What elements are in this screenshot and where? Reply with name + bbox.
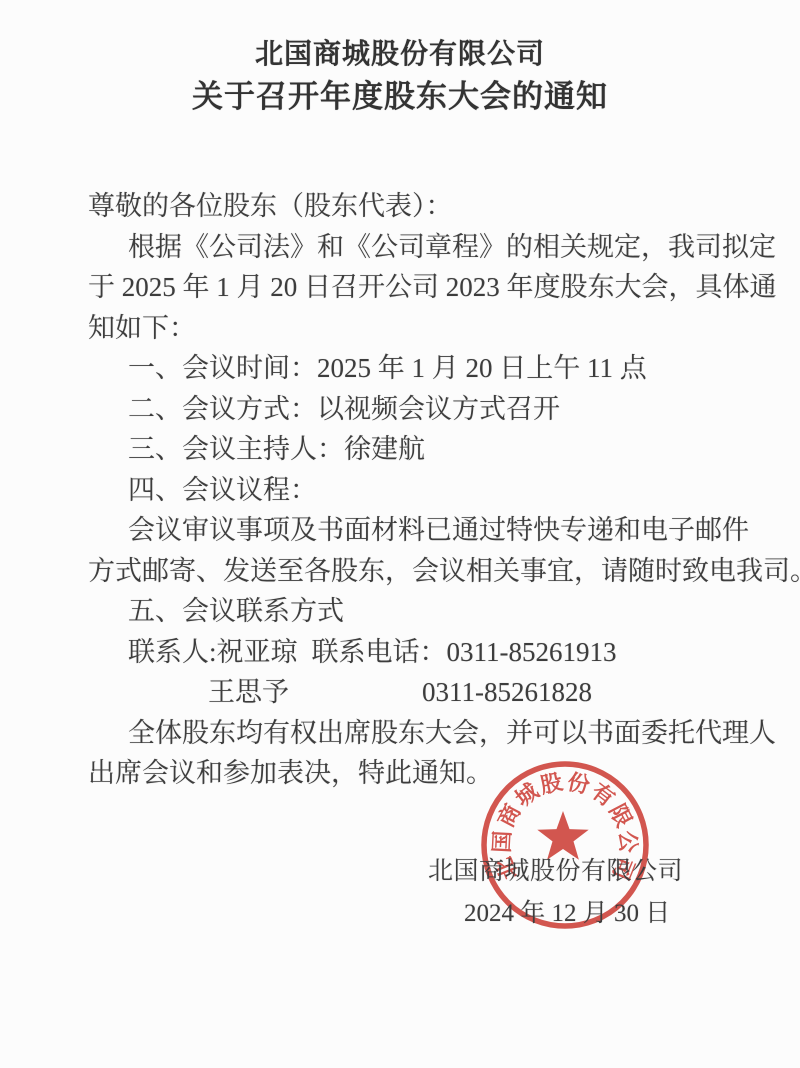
body-line: 根据《公司法》和《公司章程》的相关规定，我司拟定 bbox=[88, 227, 716, 268]
body-line: 方式邮寄、发送至各股东，会议相关事宜，请随时致电我司。 bbox=[88, 551, 716, 592]
seal-char: 限 bbox=[605, 800, 637, 831]
body-line: 四、会议议程： bbox=[88, 470, 716, 511]
signature-company: 北国商城股份有限公司 bbox=[428, 851, 683, 887]
document-body: 尊敬的各位股东（股东代表）：根据《公司法》和《公司章程》的相关规定，我司拟定于 … bbox=[88, 186, 716, 794]
body-line: 一、会议时间：2025 年 1 月 20 日上午 11 点 bbox=[88, 348, 716, 389]
contact-row: 王思予0311-85261828 bbox=[88, 672, 716, 713]
contact-row: 联系人:祝亚琼联系电话：0311-85261913 bbox=[88, 632, 716, 673]
document-page: 北国商城股份有限公司 关于召开年度股东大会的通知 尊敬的各位股东（股东代表）：根… bbox=[0, 0, 800, 1068]
body-line: 尊敬的各位股东（股东代表）： bbox=[88, 186, 716, 227]
body-line: 会议审议事项及书面材料已通过特快专递和电子邮件 bbox=[88, 510, 716, 551]
body-line: 二、会议方式：以视频会议方式召开 bbox=[88, 389, 716, 430]
contact-phone: 0311-85261828 bbox=[422, 672, 592, 713]
seal-char: 国 bbox=[489, 830, 515, 853]
document-title-line2: 关于召开年度股东大会的通知 bbox=[0, 71, 800, 116]
contact-person: 王思予 bbox=[208, 677, 289, 707]
contact-person: 联系人:祝亚琼 bbox=[128, 637, 298, 667]
body-line: 出席会议和参加表决，特此通知。 bbox=[88, 753, 716, 794]
body-line: 知如下： bbox=[88, 308, 716, 349]
body-line: 全体股东均有权出席股东大会，并可以书面委托代理人 bbox=[88, 713, 716, 754]
body-line: 三、会议主持人：徐建航 bbox=[88, 429, 716, 470]
document-title-line1: 北国商城股份有限公司 bbox=[0, 32, 800, 72]
signature-date: 2024 年 12 月 30 日 bbox=[464, 893, 670, 929]
body-line: 于 2025 年 1 月 20 日召开公司 2023 年度股东大会，具体通 bbox=[88, 267, 716, 308]
seal-char: 商 bbox=[493, 800, 525, 831]
contact-phone: 联系电话：0311-85261913 bbox=[312, 637, 617, 667]
body-line: 五、会议联系方式 bbox=[88, 591, 716, 632]
